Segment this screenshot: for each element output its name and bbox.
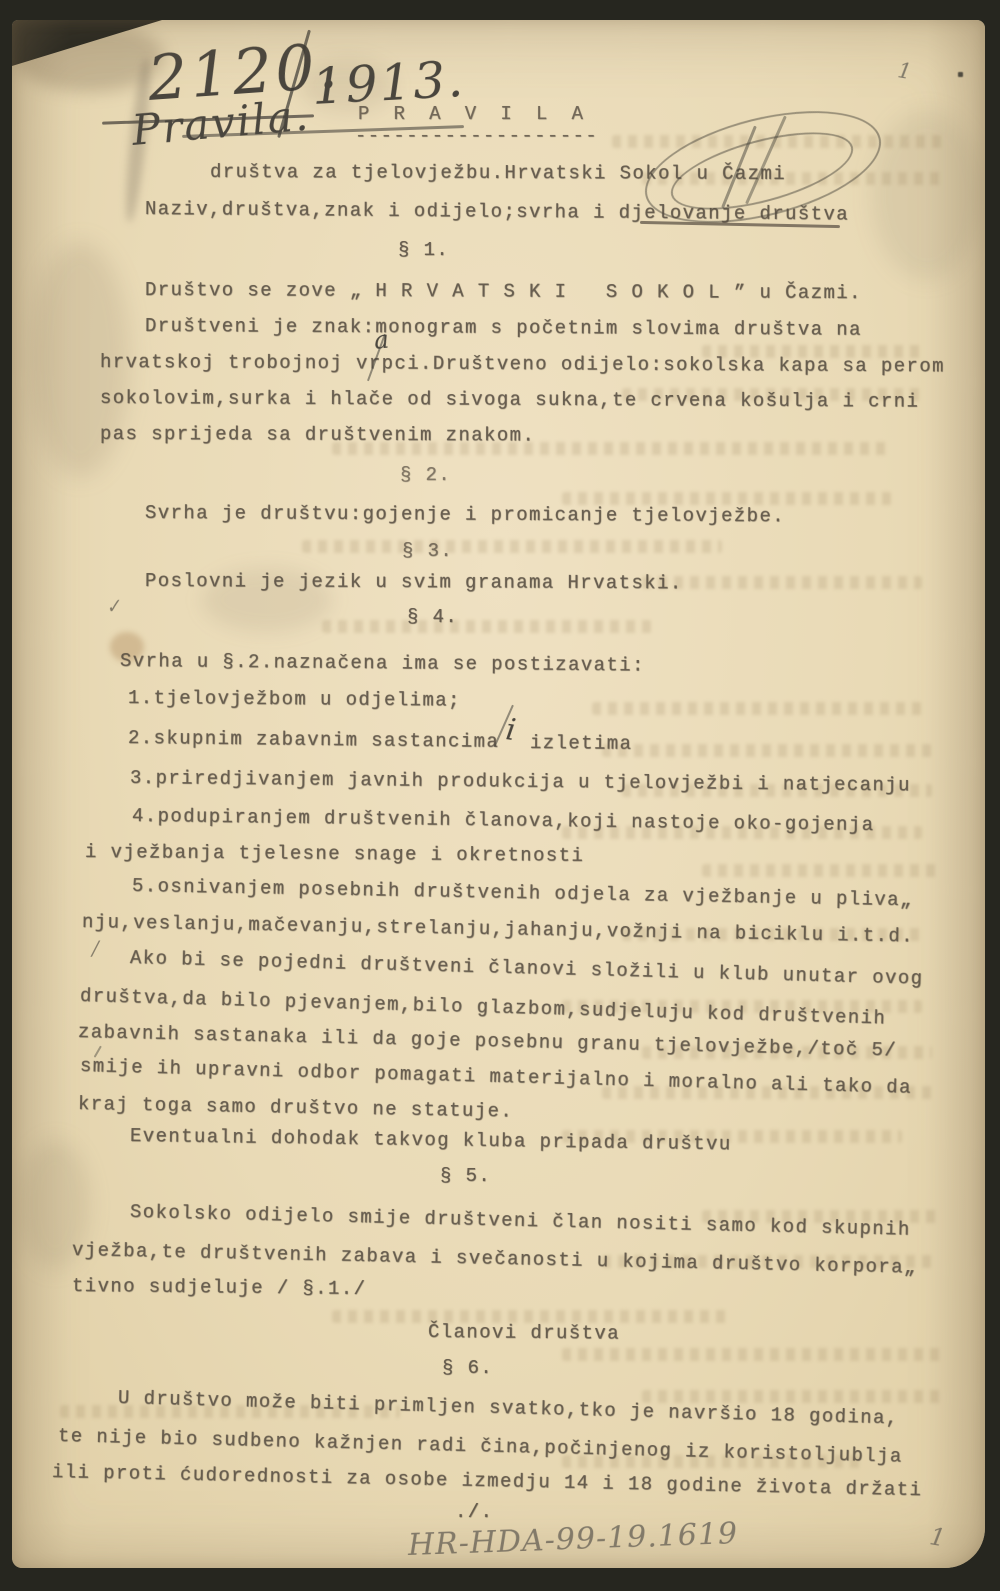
typed-line: 4.podupiranjem društvenih članova,koji n… (132, 804, 875, 837)
typed-line: nju,veslanju,mačevanju,strelanju,jahanju… (82, 910, 914, 949)
document-page: 2120. 1913. Pravila. 1 P R A V I L A ---… (12, 20, 985, 1568)
typed-line: Društveni je znak:monogram s početnim sl… (145, 314, 862, 342)
section-heading: § 3. (402, 539, 453, 563)
typed-line: izletima (530, 731, 633, 756)
typed-line: smije ih upravni odbor pomagati materija… (80, 1054, 912, 1100)
section-heading: § 1. (398, 238, 449, 262)
page-number-bottom: 1 (928, 1522, 948, 1552)
page-number-top: 1 (896, 58, 913, 84)
margin-slash: / (92, 936, 99, 960)
margin-tick: ✓ (104, 595, 123, 619)
typed-line: vježba,te društvenih zabava i svečanosti… (72, 1238, 917, 1280)
section-heading: § 4. (407, 605, 458, 629)
typed-line: 5.osnivanjem posebnih društvenih odjela … (132, 874, 913, 912)
bleed-through (562, 1348, 942, 1361)
bleed-through (602, 744, 932, 757)
typed-title: P R A V I L A (358, 102, 589, 126)
section-heading: § 6. (442, 1356, 493, 1380)
typed-line: 1.tjelovježbom u odjelima; (128, 686, 461, 713)
chapter-heading: Članovi društva (428, 1320, 620, 1346)
section-heading: § 2. (400, 463, 451, 487)
typed-line: Sokolsko odijelo smije društveni član no… (130, 1200, 911, 1242)
typed-line: 2.skupnim zabavnim sastancima (128, 726, 499, 754)
typed-line: pas sprijeda sa društvenim znakom. (100, 422, 535, 448)
typed-line: kraj toga samo društvo ne statuje. (78, 1092, 514, 1124)
bleed-through (702, 864, 942, 877)
typed-line: Eventualni dohodak takvog kluba pripada … (130, 1124, 732, 1156)
typed-line: Svrha u §.2.naznačena ima se postizavati… (120, 649, 645, 678)
typed-line: tivno sudjeluje / §.1./ (72, 1274, 367, 1301)
scanned-document-photo: { "colors": { "background": "#26261f", "… (0, 0, 1000, 1591)
bleed-through (592, 702, 922, 715)
typed-line: sokolovim,surka i hlače od sivoga sukna,… (100, 386, 919, 414)
typed-line: hrvatskoj trobojnoj vrpci.Društveno odij… (100, 350, 945, 378)
title-underline: ------------------- (355, 124, 598, 148)
typed-line: Svrha je društvu:gojenje i promicanje tj… (145, 501, 785, 528)
bleed-through (302, 540, 722, 553)
ink-dot (958, 72, 963, 77)
typed-line: Ako bi se pojedni društveni članovi slož… (130, 946, 924, 991)
typed-line: 3.priredjivanjem javnih produkcija u tje… (130, 766, 911, 797)
end-mark: ./. (455, 1500, 493, 1524)
bleed-through (322, 620, 652, 633)
typed-line: i vježbanja tjelesne snage i okretnosti (85, 840, 584, 868)
typed-line: Društvo se zove „ H R V A T S K I S O K … (145, 278, 862, 305)
bleed-through (642, 576, 922, 589)
typed-line: Poslovni je jezik u svim granama Hrvatsk… (145, 569, 683, 595)
section-heading: § 5. (440, 1164, 491, 1188)
